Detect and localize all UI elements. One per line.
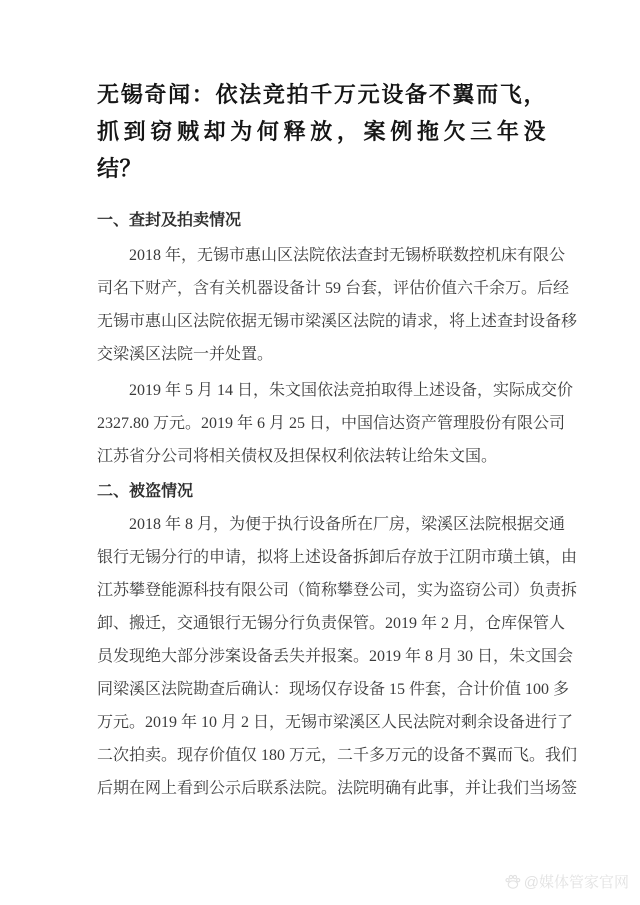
paragraph-line: 2018 年，无锡市惠山区法院依法查封无锡桥联数控机床有限公: [97, 239, 546, 272]
paragraph-line: 2327.80 万元。2019 年 6 月 25 日，中国信达资产管理股份有限公…: [97, 407, 546, 440]
paragraph-line: 江苏攀登能源科技有限公司（简称攀登公司，实为盗窃公司）负责拆: [97, 574, 546, 607]
paragraph-line: 卸、搬迁，交通银行无锡分行负责保管。2019 年 2 月，仓库保管人: [97, 607, 546, 640]
paragraph-line: 无锡市惠山区法院依据无锡市梁溪区法院的请求，将上述查封设备移: [97, 305, 546, 338]
paragraph: 2018 年 8 月，为便于执行设备所在厂房，梁溪区法院根据交通 银行无锡分行的…: [97, 508, 546, 805]
paragraph-line: 同梁溪区法院勘查后确认：现场仅存设备 15 件套，合计价值 100 多: [97, 673, 546, 706]
watermark: @媒体管家官网: [504, 871, 629, 892]
paragraph-line: 江苏省分公司将相关债权及担保权利依法转让给朱文国。: [97, 440, 546, 473]
paragraph-line: 司名下财产，含有关机器设备计 59 台套，评估价值六千余万。后经: [97, 272, 546, 305]
title-line: 无锡奇闻：依法竞拍千万元设备不翼而飞，: [97, 76, 546, 113]
article-title: 无锡奇闻：依法竞拍千万元设备不翼而飞， 抓到窃贼却为何释放，案例拖欠三年没 结？: [97, 76, 546, 187]
paw-logo-icon: [504, 873, 521, 890]
paragraph-line: 后期在网上看到公示后联系法院。法院明确有此事，并让我们当场签: [97, 772, 546, 805]
paragraph-line: 二次拍卖。现存价值仅 180 万元，二千多万元的设备不翼而飞。我们: [97, 739, 546, 772]
paragraph-line: 员发现绝大部分涉案设备丢失并报案。2019 年 8 月 30 日，朱文国会: [97, 640, 546, 673]
title-line: 抓到窃贼却为何释放，案例拖欠三年没: [97, 113, 546, 150]
paragraph-line: 交梁溪区法院一并处置。: [97, 338, 546, 371]
paragraph-line: 银行无锡分行的申请，拟将上述设备拆卸后存放于江阴市璜土镇，由: [97, 541, 546, 574]
title-line: 结？: [97, 150, 546, 187]
paragraph-line: 2018 年 8 月，为便于执行设备所在厂房，梁溪区法院根据交通: [97, 508, 546, 541]
paragraph: 2019 年 5 月 14 日，朱文国依法竞拍取得上述设备，实际成交价 2327…: [97, 374, 546, 473]
paragraph-line: 万元。2019 年 10 月 2 日，无锡市梁溪区人民法院对剩余设备进行了: [97, 706, 546, 739]
document-page: 无锡奇闻：依法竞拍千万元设备不翼而飞， 抓到窃贼却为何释放，案例拖欠三年没 结？…: [97, 76, 546, 805]
section-heading-seizure-auction: 一、查封及拍卖情况: [97, 204, 546, 237]
paragraph: 2018 年，无锡市惠山区法院依法查封无锡桥联数控机床有限公 司名下财产，含有关…: [97, 239, 546, 371]
paragraph-line: 2019 年 5 月 14 日，朱文国依法竞拍取得上述设备，实际成交价: [97, 374, 546, 407]
watermark-text: @媒体管家官网: [524, 871, 629, 892]
section-heading-theft: 二、被盗情况: [97, 475, 546, 508]
